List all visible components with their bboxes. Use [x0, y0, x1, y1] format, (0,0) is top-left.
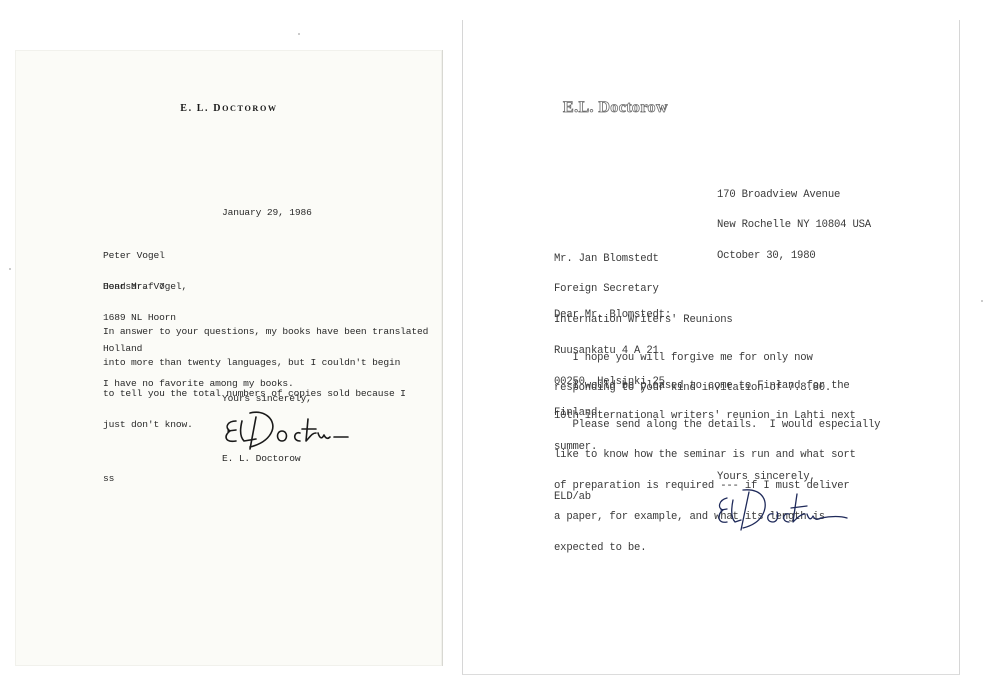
closing: Yours sincerely, — [717, 472, 816, 482]
paragraph-line: expected to be. — [554, 543, 880, 553]
scan-speck — [9, 268, 11, 270]
paragraph-line: I have no favorite among my books. — [103, 379, 294, 389]
signature-icon — [220, 407, 360, 451]
letter-date: October 30, 1980 — [717, 251, 871, 261]
address-line: Mr. Jan Blomstedt — [554, 254, 733, 264]
salutation: Dear Mr. Blomstedt: — [554, 310, 671, 320]
salutation: Dear Mr. Vogel, — [103, 282, 187, 292]
typed-name: E. L. Doctorow — [222, 454, 301, 464]
letterhead: E. L. DOCTOROW — [15, 103, 443, 114]
reference-initials: ss — [103, 474, 114, 484]
address-line: New Rochelle NY 10804 USA — [717, 220, 871, 230]
letterhead: E.L. Doctorow — [563, 99, 668, 117]
paragraph-line: like to know how the seminar is run and … — [554, 450, 880, 460]
paragraph-line: I would be pleased to come to Finland fo… — [554, 381, 856, 391]
letter-1980-page: E.L. Doctorow 170 Broadview Avenue New R… — [462, 20, 960, 675]
scan-speck — [981, 300, 983, 302]
paragraph-line: In answer to your questions, my books ha… — [103, 327, 428, 337]
signature-icon — [713, 484, 853, 532]
scan-speck — [298, 33, 300, 35]
reference-initials: ELD/ab — [554, 492, 591, 502]
address-line: 170 Broadview Avenue — [717, 190, 871, 200]
letter-date: January 29, 1986 — [222, 208, 312, 218]
paragraph-line: Please send along the details. I would e… — [554, 420, 880, 430]
address-line: Foreign Secretary — [554, 284, 733, 294]
address-line: Peter Vogel — [103, 251, 176, 261]
letter-1986-page: E. L. DOCTOROW January 29, 1986 Peter Vo… — [15, 50, 443, 666]
closing: Yours sincerely, — [222, 394, 312, 404]
sender-address: 170 Broadview Avenue New Rochelle NY 108… — [717, 169, 871, 282]
